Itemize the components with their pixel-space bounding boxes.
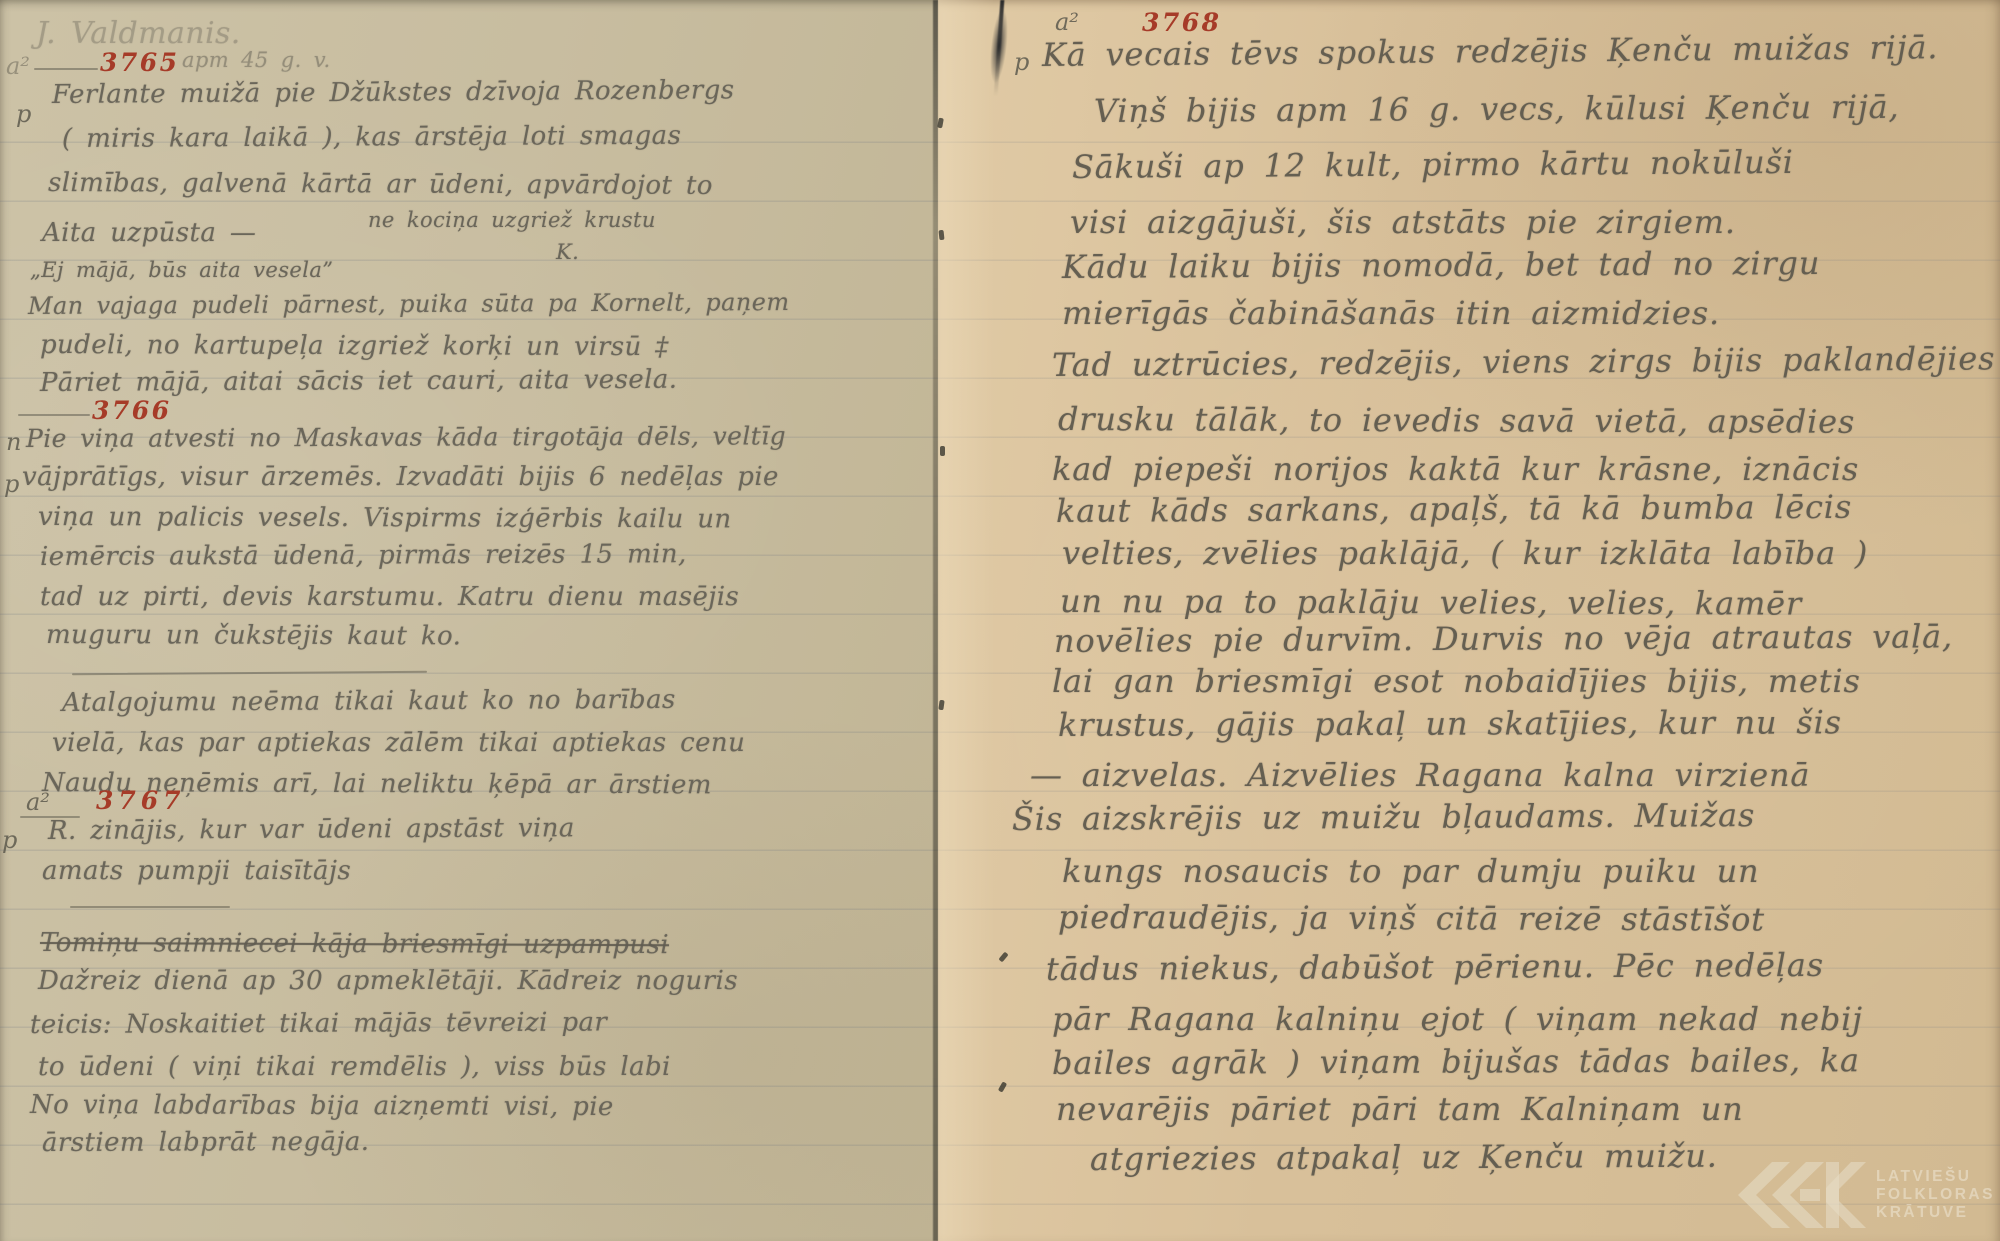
margin-mark-a2: a² [1055, 8, 1079, 36]
manuscript-line: mierīgās čabināšanās itin aizmidzies. [1062, 294, 1720, 332]
manuscript-line: piedraudējis, ja viņš citā reizē stāstīš… [1058, 898, 1765, 938]
manuscript-line: Man vajaga pudeli pārnest, puika sūta pa… [28, 288, 790, 320]
informant-name: J. Valdmanis. [36, 16, 241, 51]
manuscript-line: Aita uzpūsta — [42, 218, 256, 248]
manuscript-line: nevarējis pāriet pāri tam Kalniņam un [1056, 1090, 1744, 1128]
manuscript-line: un nu pa to paklāju velies, velies, kamē… [1060, 582, 1802, 623]
manuscript-line: pudeli, no kartupeļa izgriež korķi un vi… [40, 330, 669, 362]
archive-number-3768: 3768 [1142, 8, 1222, 37]
manuscript-line: Sākuši ap 12 kult, pirmo kārtu nokūluši [1072, 143, 1794, 186]
margin-mark-p: p [1014, 48, 1029, 76]
archive-number-3766: 3766 [92, 396, 172, 425]
manuscript-line: krustus, gājis pakaļ un skatījies, kur n… [1058, 703, 1842, 744]
manuscript-line: atgriezies atpakaļ uz Ķenču muižu. [1090, 1137, 1718, 1178]
manuscript-line: Šis aizskrējis uz muižu bļaudams. Muižas [1012, 796, 1755, 838]
manuscript-line: velties, zvēlies paklājā, ( kur izklāta … [1062, 534, 1868, 572]
manuscript-line: kaut kāds sarkans, apaļš, tā kā bumba lē… [1056, 488, 1852, 530]
manuscript-line: muguru un čukstējis kaut ko. [46, 620, 461, 651]
manuscript-line: — aizvelas. Aizvēlies Ragana kalna virzi… [1030, 756, 1810, 794]
manuscript-line: No viņa labdarības bija aizņemti visi, p… [30, 1090, 614, 1122]
archive-number-3765: 3765 [100, 48, 180, 77]
age-note: apm 45 g. v. [182, 48, 331, 72]
superscript-k-note: K. [556, 240, 579, 264]
manuscript-line: vājprātīgs, visur ārzemēs. Izvadāti biji… [22, 462, 779, 492]
margin-mark-p: p [4, 470, 19, 498]
manuscript-line: Tad uztrūcies, redzējis, viens zirgs bij… [1052, 339, 1996, 384]
manuscript-line: novēlies pie durvīm. Durvis no vēja atra… [1054, 617, 1953, 660]
manuscript-line: drusku tālāk, to ievedis savā vietā, aps… [1058, 400, 1855, 441]
manuscript-line: tad uz pirti, devis karstumu. Katru dien… [40, 582, 739, 612]
manuscript-line: ārstiem labprāt negāja. [42, 1127, 370, 1158]
manuscript-line: Ferlante muižā pie Džūkstes dzīvoja Roze… [52, 75, 735, 110]
manuscript-line: tādus niekus, dabūšot pērienu. Pēc nedēļ… [1046, 946, 1824, 988]
manuscript-line: visi aizgājuši, šis atstāts pie zirgiem. [1070, 203, 1736, 241]
manuscript-line: Pāriet mājā, aitai sācis iet cauri, aita… [40, 365, 678, 398]
margin-mark-p: п [6, 428, 21, 456]
manuscript-line: R. zinājis, kur var ūdeni apstāst viņa [48, 813, 575, 846]
manuscript-line: bailes agrāk ) viņam bijušas tādas baile… [1052, 1041, 1860, 1082]
manuscript-line: Kā vecais tēvs spokus redzējis Ķenču mui… [1042, 28, 1939, 74]
manuscript-line: Atalgojumu neēma tikai kaut ko no barība… [62, 685, 676, 718]
manuscript-line: Dažreiz dienā ap 30 apmeklētāji. Kādreiz… [38, 966, 738, 996]
manuscript-line: teicis: Noskaitiet tikai mājās tēvreizi … [30, 1007, 607, 1040]
manuscript-line: Pie viņa atvesti no Maskavas kāda tirgot… [26, 421, 786, 453]
manuscript-line: kungs nosaucis to par dumju puiku un [1062, 852, 1759, 890]
margin-mark-p: p [2, 826, 17, 854]
manuscript-line: lai gan briesmīgi esot nobaidījies bijis… [1052, 662, 1861, 700]
manuscript-line: slimības, galvenā kārtā ar ūdeni, apvārd… [48, 168, 713, 201]
stitch-mark [938, 230, 944, 240]
struck-through-line: Tomiņu saimniecei kāja briesmīgi uzpampu… [40, 928, 669, 960]
interline-note: ne kociņa uzgriež krustu [368, 208, 656, 232]
archive-number-3767: 3767 [96, 786, 186, 815]
stitch-mark [940, 446, 945, 456]
manuscript-scan: J. Valdmanis. a² 3765 apm 45 g. v. p Fer… [0, 0, 2000, 1241]
manuscript-line: „Ej mājā, būs aita vesela” [30, 258, 333, 282]
page-edge-highlight [938, 0, 1008, 1241]
manuscript-line: ( miris kara laikā ), kas ārstēja loti s… [62, 121, 681, 154]
manuscript-line: pār Ragana kalniņu ejot ( viņam nekad ne… [1052, 1000, 1863, 1038]
manuscript-line: iemērcis aukstā ūdenā, pirmās reizēs 15 … [40, 539, 687, 572]
margin-mark-a2: a² [26, 788, 50, 816]
manuscript-line: Viņš bijis apm 16 g. vecs, kūlusi Ķenču … [1094, 88, 1900, 130]
manuscript-line: vielā, kas par aptiekas zālēm tikai apti… [52, 728, 745, 758]
manuscript-line: viņa un palicis vesels. Vispirms izģērbi… [38, 502, 732, 534]
margin-mark-a2: a² [6, 52, 30, 80]
manuscript-line: Kādu laiku bijis nomodā, bet tad no zirg… [1062, 244, 1820, 286]
manuscript-line: amats pumpji taisītājs [42, 856, 351, 886]
manuscript-line: kad piepeši norijos kaktā kur krāsne, iz… [1052, 450, 1859, 488]
manuscript-line: to ūdeni ( viņi tikai remdēlis ), viss b… [38, 1052, 671, 1082]
margin-mark-p: p [16, 100, 31, 128]
